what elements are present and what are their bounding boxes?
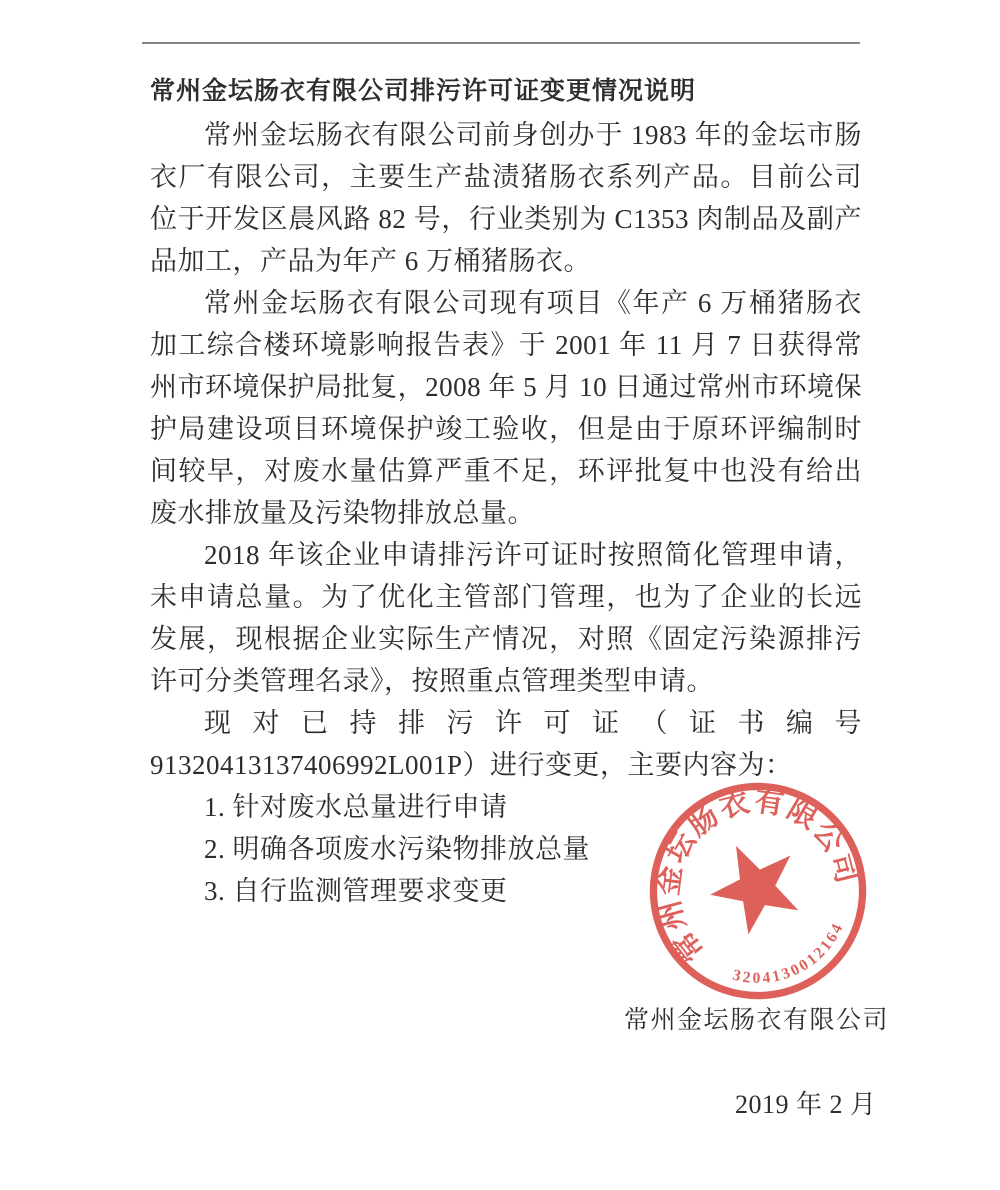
paragraph-2018-application: 2018 年该企业申请排污许可证时按照简化管理申请，未申请总量。为了优化主管部门… <box>150 534 862 702</box>
page-top-rule <box>142 42 860 44</box>
document-body: 常州金坛肠衣有限公司排污许可证变更情况说明 常州金坛肠衣有限公司前身创办于 19… <box>150 70 862 912</box>
document-title: 常州金坛肠衣有限公司排污许可证变更情况说明 <box>150 70 862 114</box>
paragraph-permit-change: 现对已持排污许可证（证书编号 91320413137406992L001P）进行… <box>150 702 862 786</box>
svg-text:3204130012164: 3204130012164 <box>725 915 858 1006</box>
list-item-3: 3. 自行监测管理要求变更 <box>150 870 862 912</box>
list-item-1: 1. 针对废水总量进行申请 <box>150 786 862 828</box>
list-item-2: 2. 明确各项废水污染物排放总量 <box>150 828 862 870</box>
scanned-document-page: 常州金坛肠衣有限公司排污许可证变更情况说明 常州金坛肠衣有限公司前身创办于 19… <box>0 0 1000 1190</box>
signature-company-name: 常州金坛肠衣有限公司 <box>624 1000 889 1036</box>
seal-number-text: 3204130012164 <box>725 915 858 1006</box>
paragraph-company-intro: 常州金坛肠衣有限公司前身创办于 1983 年的金坛市肠衣厂有限公司，主要生产盐渍… <box>150 114 862 282</box>
paragraph-existing-project: 常州金坛肠衣有限公司现有项目《年产 6 万桶猪肠衣加工综合楼环境影响报告表》于 … <box>150 282 862 534</box>
document-date: 2019 年 2 月 <box>735 1084 877 1121</box>
